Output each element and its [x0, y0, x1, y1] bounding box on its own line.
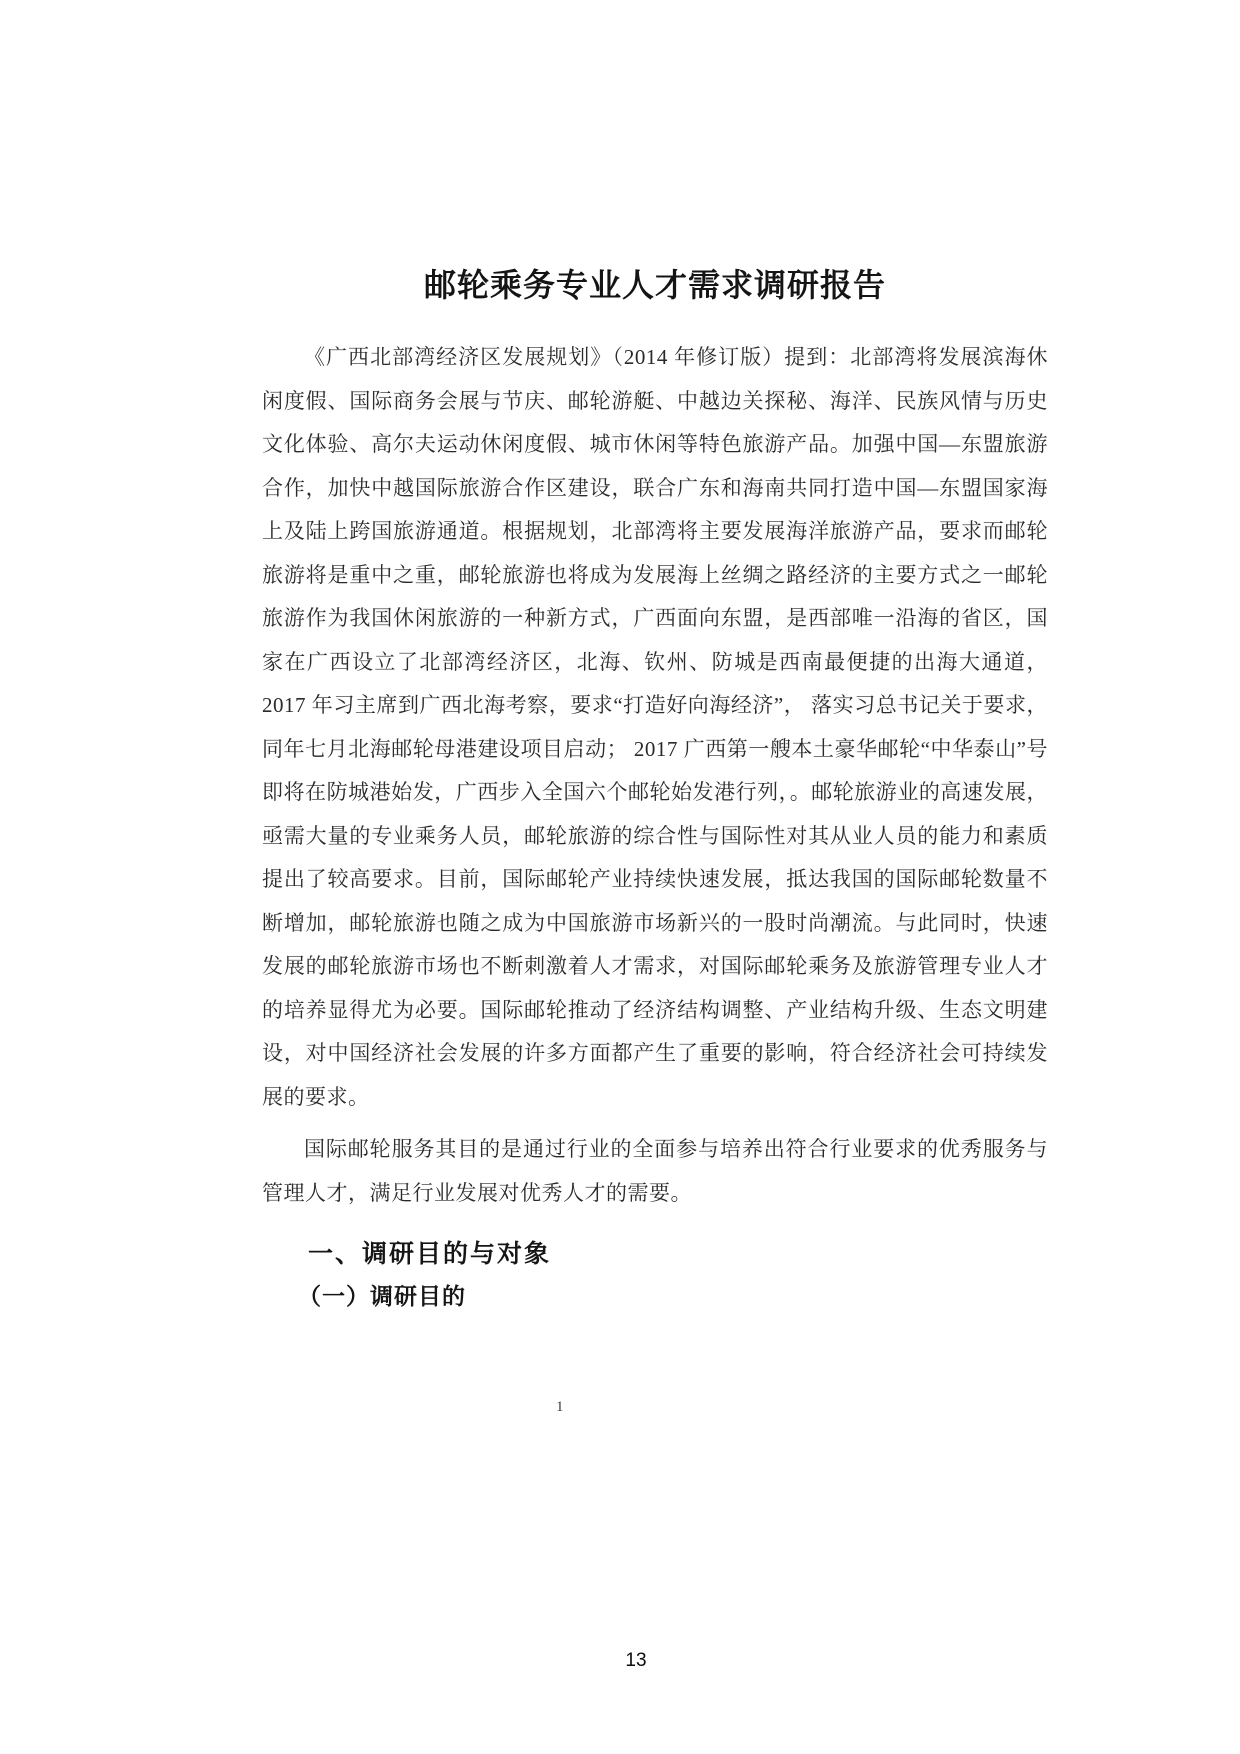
document-page: 邮轮乘务专业人才需求调研报告 《广西北部湾经济区发展规划》（2014 年修订版）… — [0, 0, 1240, 1754]
document-content: 邮轮乘务专业人才需求调研报告 《广西北部湾经济区发展规划》（2014 年修订版）… — [262, 262, 1048, 1313]
paragraph-purpose: 国际邮轮服务其目的是通过行业的全面参与培养出符合行业要求的优秀服务与管理人才，满… — [262, 1128, 1048, 1215]
page-number: 13 — [0, 1649, 1240, 1672]
report-title: 邮轮乘务专业人才需求调研报告 — [262, 262, 1048, 308]
embedded-page-number: 1 — [556, 1398, 564, 1416]
section-heading: 一、调研目的与对象 — [262, 1237, 1048, 1271]
paragraph-intro: 《广西北部湾经济区发展规划》（2014 年修订版）提到：北部湾将发展滨海休闲度假… — [262, 336, 1048, 1119]
subsection-heading: （一）调研目的 — [262, 1281, 1048, 1313]
